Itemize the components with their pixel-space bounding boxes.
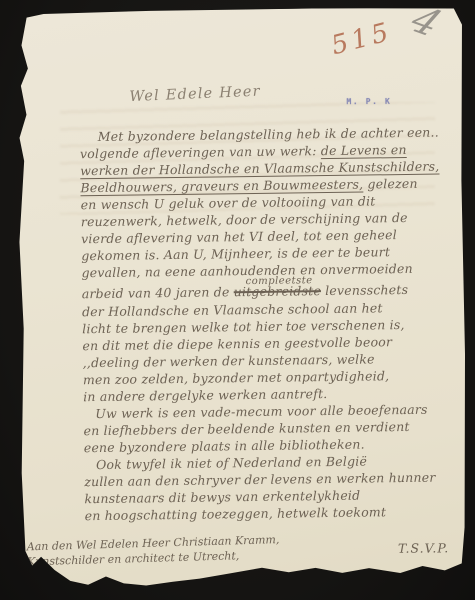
letter-line-text: arbeid van 40 jaren de xyxy=(82,284,234,301)
letter-line-text: volgende afleveringen van uw werk: xyxy=(80,143,321,161)
inserted-word: compleetste xyxy=(245,272,312,291)
paragraph-3: Ook twyfel ik niet of Nederland en Belgi… xyxy=(84,451,463,524)
letter-line: en hoogschatting toezeggen, hetwelk toek… xyxy=(85,502,463,524)
tsvp-note: T.S.V.P. xyxy=(398,540,449,555)
paragraph-1-end: der Hollandsche en Vlaamsche school aan … xyxy=(82,298,461,405)
letter-line-text: gelezen xyxy=(363,176,418,192)
letter-line-text: levensschets xyxy=(321,282,408,298)
emendation: compleetsteuitgebreidste xyxy=(234,282,322,301)
paragraph-2: Uw werk is een vade-mecum voor alle beoe… xyxy=(83,400,462,456)
book-title-underlined: de Levens en xyxy=(321,142,407,158)
archival-page-number: 515 xyxy=(328,17,395,61)
photo-background: 515 4 Wel Edele Heer M. P. K Met byzonde… xyxy=(0,0,475,600)
paragraph-1-mid: en wensch U geluk over de voltooiing van… xyxy=(81,191,460,281)
letter-body: Met byzondere belangstelling heb ik de a… xyxy=(80,123,463,524)
letter-paper: 515 4 Wel Edele Heer M. P. K Met byzonde… xyxy=(17,7,468,588)
collection-stamp: M. P. K xyxy=(346,97,391,106)
pencil-mark: 4 xyxy=(403,0,449,45)
recipient-address: Aan den Wel Edelen Heer Christiaan Kramm… xyxy=(27,533,280,569)
